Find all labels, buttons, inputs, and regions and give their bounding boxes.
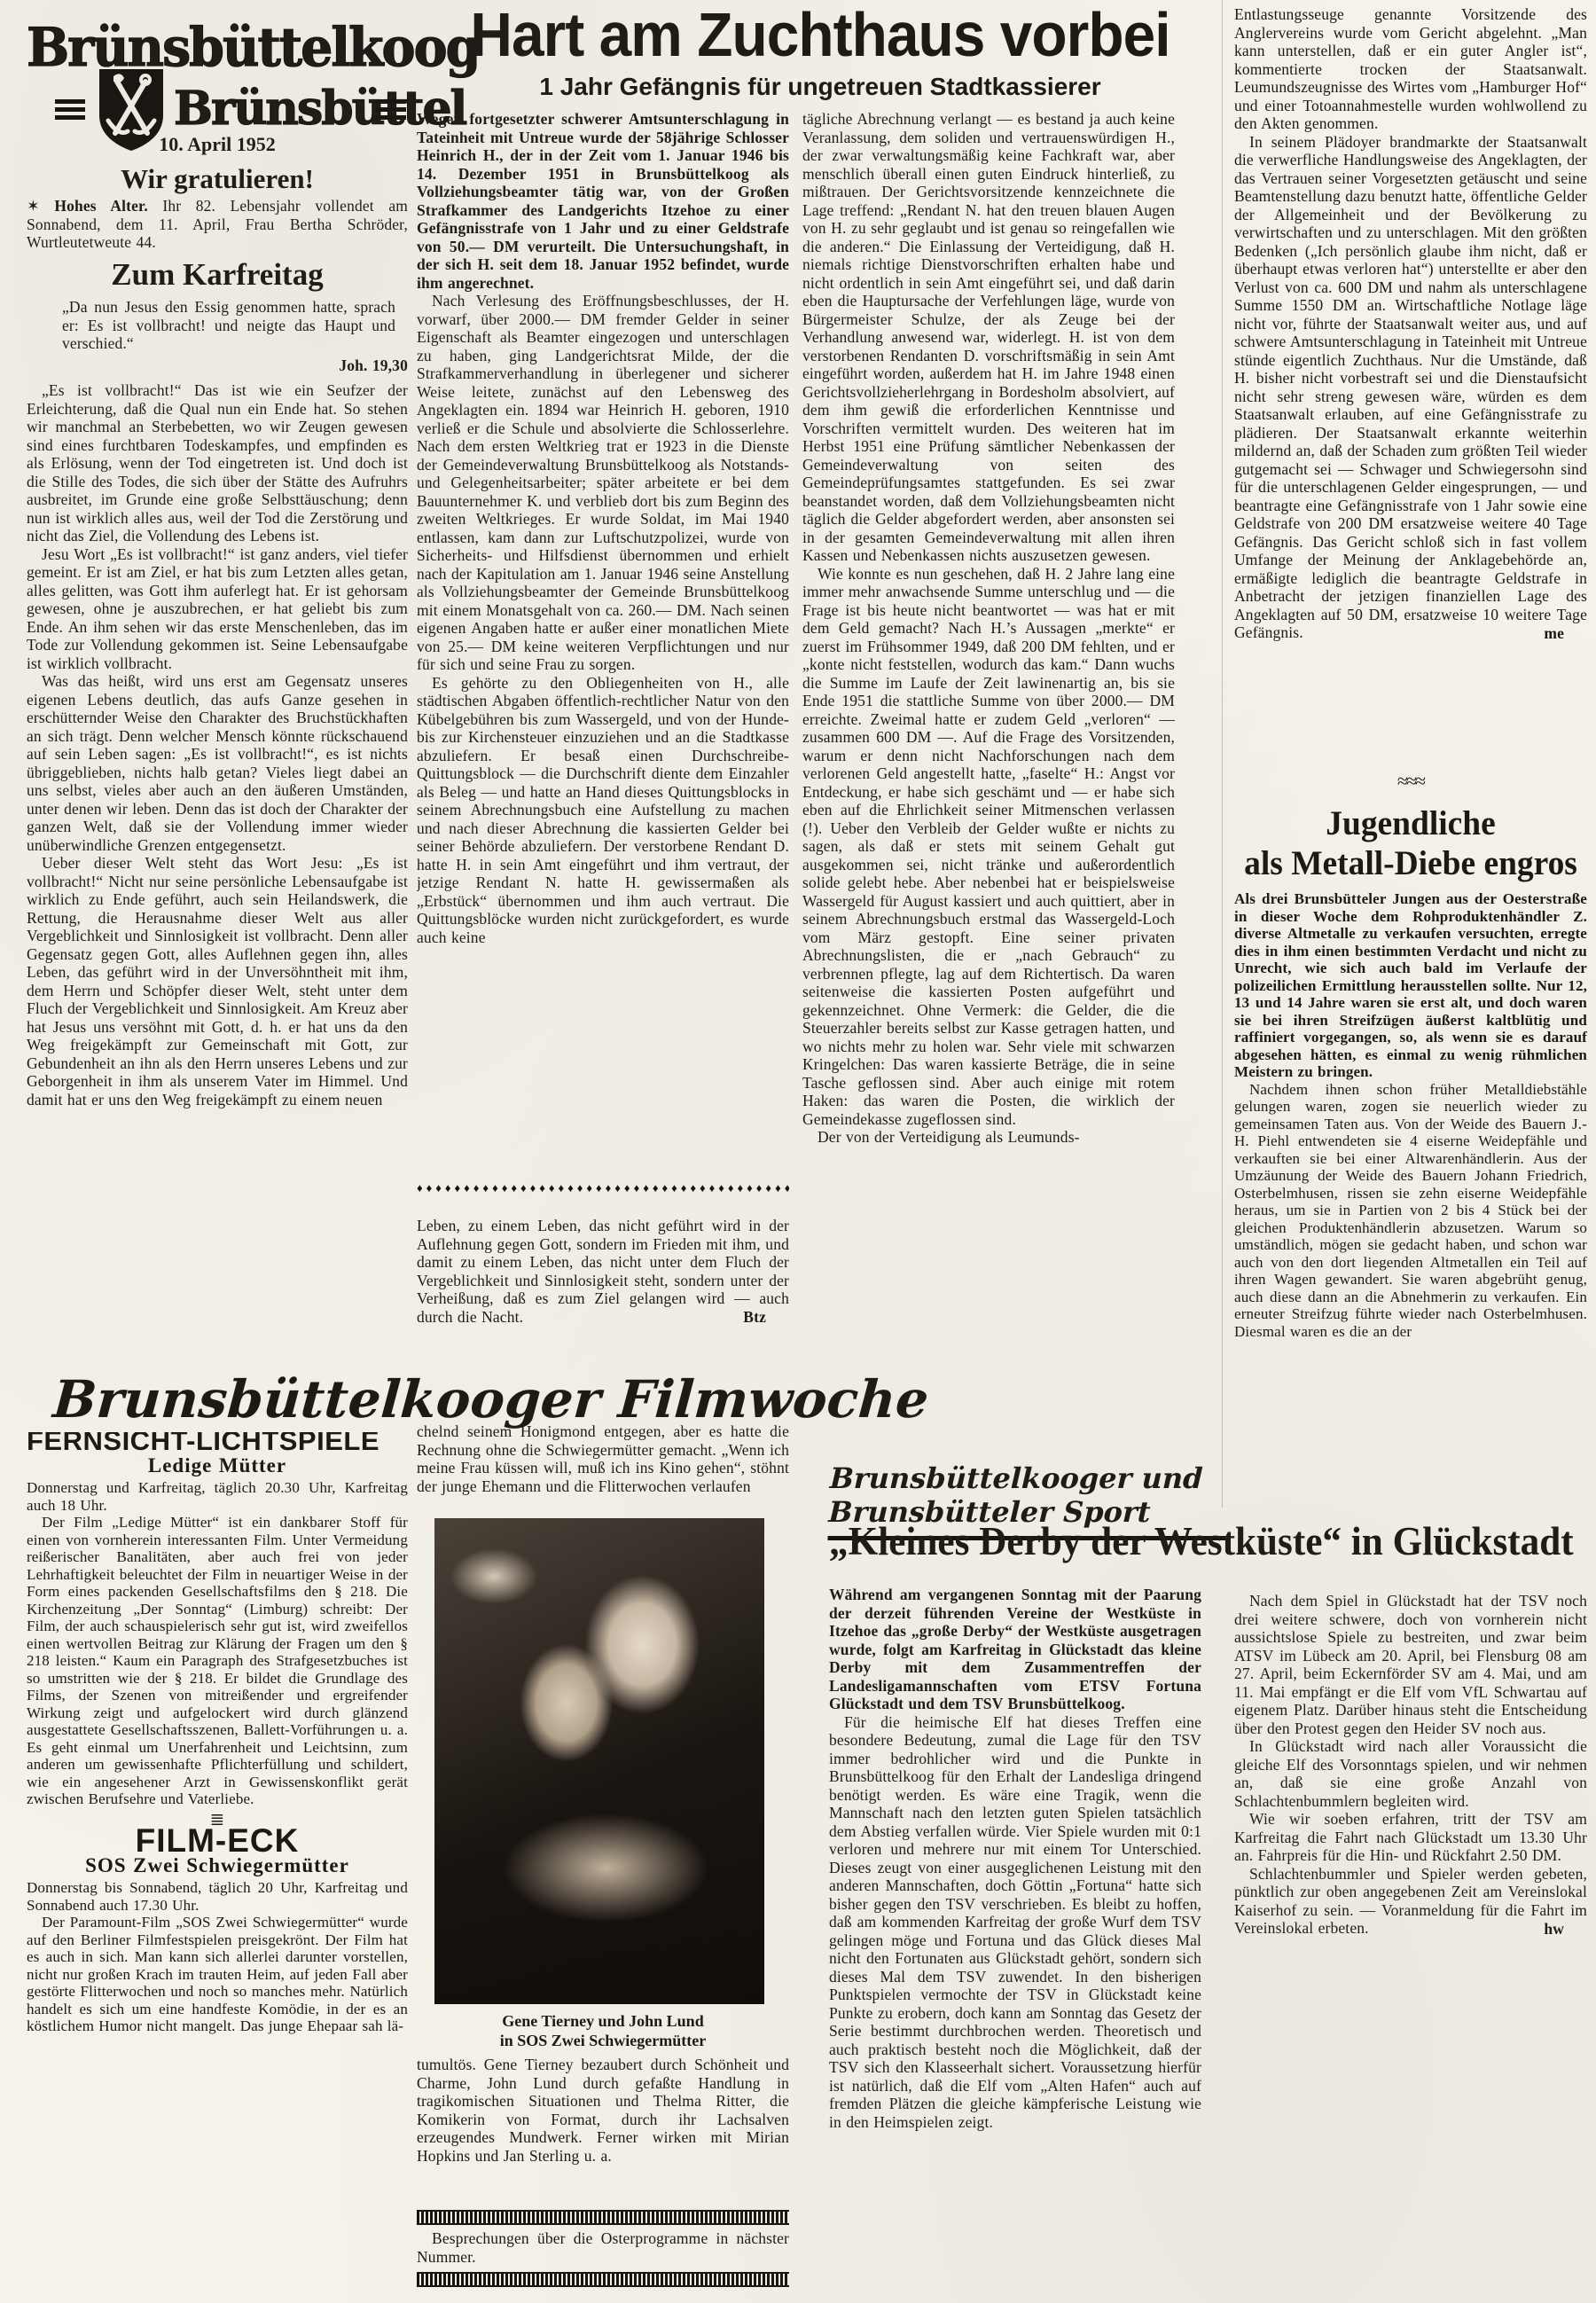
karfreitag-quote: „Da nun Jesus den Essig genommen hatte, … [27,298,408,353]
diamond-divider: ♦♦♦♦♦♦♦♦♦♦♦♦♦♦♦♦♦♦♦♦♦♦♦♦♦♦♦♦♦♦♦♦♦♦♦♦♦♦♦♦… [417,1181,789,1195]
cinema2-name: FILM-ECK [27,1832,408,1850]
newspaper-page: Brünsbüttelkoog Brünsbüttel 10. April 19… [0,0,1596,2303]
paragraph: Es gehörte zu den Obliegenheiten von H.,… [417,674,789,947]
paragraph: Jesu Wort „Es ist vollbracht!“ ist ganz … [27,545,408,673]
lead-paragraph: Als drei Brunsbütteler Jungen aus der Oe… [1234,890,1587,1081]
karfreitag-quote-source: Joh. 19,30 [27,356,434,375]
film1-times: Donnerstag und Karfreitag, täglich 20.30… [27,1479,408,1514]
ribbon-flourish-right [376,99,406,121]
paragraph: Ueber dieser Welt steht das Wort Jesu: „… [27,854,408,1108]
metall-headline: Jugendliche als Metall-Diebe engros [1234,803,1587,883]
main-article-col2: tägliche Abrechnung verlangt — es bestan… [802,110,1175,1440]
hatched-rule-bottom [417,2272,789,2287]
karfreitag-heading: Zum Karfreitag [27,257,408,293]
lead-paragraph: Während am vergangenen Sonntag mit der P… [829,1586,1201,1713]
paragraph: Nach Verlesung des Eröffnungsbeschlusses… [417,292,789,674]
paragraph: Wie wir soeben erfahren, tritt der TSV a… [1234,1810,1587,1865]
issue-date: 10. April 1952 [27,133,408,156]
film2-review: Der Paramount-Film „SOS Zwei Schwiegermü… [27,1914,408,2035]
easter-note: Besprechungen über die Osterprogramme in… [417,2229,789,2266]
paragraph: Wie konnte es nun geschehen, daß H. 2 Ja… [802,565,1175,1129]
film-still-photo [434,1518,764,2004]
congrats-heading: Wir gratulieren! [27,163,408,195]
main-subhead: 1 Jahr Gefängnis für ungetreuen Stadtkas… [408,73,1232,101]
karfreitag-article: „Es ist vollbracht!“ Das ist wie ein Seu… [27,381,408,1357]
congrats-body: ✶ Hohes Alter. Ihr 82. Lebensjahr vollen… [27,197,408,252]
film1-title: Ledige Mütter [27,1457,408,1475]
film2-times: Donnerstag bis Sonnabend, täglich 20 Uhr… [27,1879,408,1914]
photo-caption-line2: in SOS Zwei Schwiegermütter [417,2031,789,2050]
paragraph: Für die heimische Elf hat dieses Treffen… [829,1713,1201,2132]
paragraph: In Glückstadt wird nach aller Voraussich… [1234,1737,1587,1810]
sport-headline: „Kleines Derby der Westküste“ in Glückst… [829,1518,1561,1564]
metall-headline-line2: als Metall-Diebe engros [1241,843,1580,883]
main-article-col1: Wegen fortgesetzter schwerer Amtsuntersc… [417,110,789,1174]
paragraph: Was das heißt, wird uns erst am Gegensat… [27,672,408,854]
paragraph: Entlastungsseuge genannte Vorsitzende de… [1234,5,1587,133]
congrats-lead: Hohes Alter. [54,197,148,215]
filmwoche-left-column: FERNSICHT-LICHTSPIELE Ledige Mütter Donn… [27,1432,408,2303]
ribbon-flourish-left [55,99,85,121]
film1-review: Der Film „Ledige Mütter“ ist ein dankbar… [27,1514,408,1808]
karfreitag-continuation: Leben, zu einem Leben, das nicht geführt… [417,1217,789,1327]
sport-left-column: Während am vergangenen Sonntag mit der P… [829,1586,1201,2299]
sport-right-column: Nach dem Spiel in Glückstadt hat der TSV… [1234,1592,1587,1938]
paragraph: „Es ist vollbracht!“ Das ist wie ein Seu… [27,381,408,545]
star-icon: ✶ [27,197,40,215]
photo-text: tumultös. Gene Tierney bezaubert durch S… [417,2056,789,2165]
metall-headline-line1: Jugendliche [1241,803,1580,843]
masthead-title-line1: Brünsbüttelkoog [27,16,408,78]
main-article-col3: Entlastungsseuge genannte Vorsitzende de… [1234,5,1587,642]
paragraph: tägliche Abrechnung verlangt — es bestan… [802,110,1175,565]
column-rule [1222,0,1223,1508]
cinema1-name: FERNSICHT-LICHTSPIELE [27,1432,408,1450]
masthead-title-line2: Brünsbüttel [174,82,408,136]
filmwoche-script-title: Brunsbüttelkooger Filmwoche [51,1369,810,1430]
paragraph: Der von der Verteidigung als Leumunds- [802,1128,1175,1147]
squiggle-divider: ≈≈≈ [1234,770,1587,793]
paragraph: Nachdem ihnen schon früher Metalldiebstä… [1234,1081,1587,1341]
metall-article: Als drei Brunsbütteler Jungen aus der Oe… [1234,890,1587,1476]
photo-caption: Gene Tierney und John Lund in SOS Zwei S… [417,2011,789,2050]
paragraph: Nach dem Spiel in Glückstadt hat der TSV… [1234,1592,1587,1737]
film2-title: SOS Zwei Schwiegermütter [27,1857,408,1875]
paragraph: In seinem Plädoyer brandmarkte der Staat… [1234,133,1587,642]
hatched-rule-top [417,2210,789,2225]
lead-paragraph: Wegen fortgesetzter schwerer Amtsuntersc… [417,110,789,292]
main-headline: Hart am Zuchthaus vorbei [433,2,1208,67]
photo-caption-line1: Gene Tierney und John Lund [417,2011,789,2031]
film-review-continuation: chelnd seinem Honigmond entgegen, aber e… [417,1422,789,1495]
